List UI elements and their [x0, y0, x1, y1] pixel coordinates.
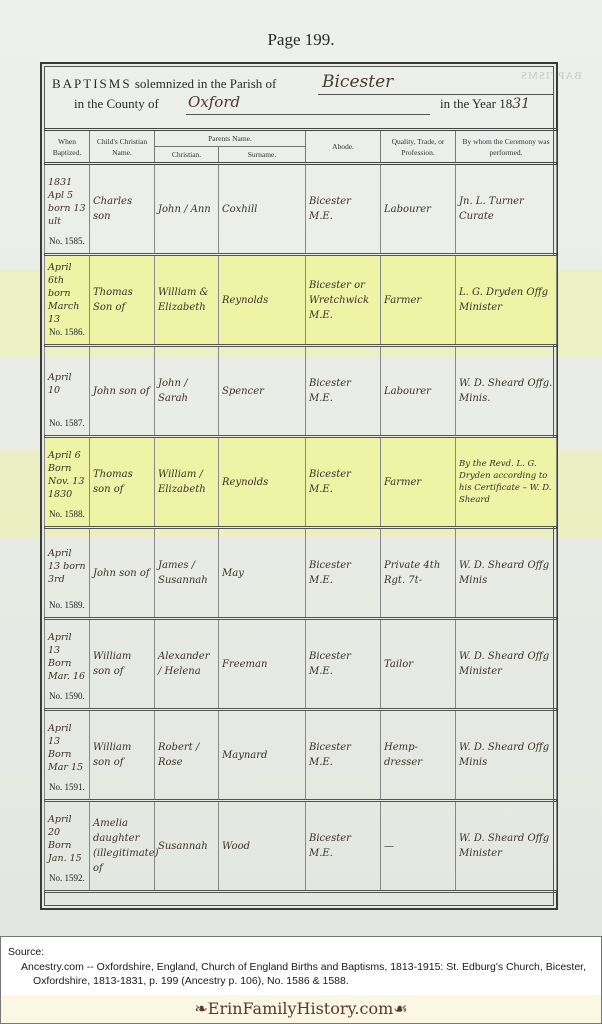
entry-row-1590: April 13 Born Mar. 16No. 1590. William s…: [45, 619, 557, 710]
entry-number: No. 1591.: [49, 780, 85, 795]
cell-quality: Tailor: [381, 619, 456, 710]
ornament-right-icon: ☙: [393, 999, 407, 1018]
cell-officiant: W. D. Sheard Offg Minister: [456, 801, 557, 892]
entry-row-1587: April 10No. 1587. John son of John / Sar…: [45, 346, 557, 437]
entry-number: No. 1585.: [49, 234, 85, 249]
entry-row-1585: 1831 Apl 5 born 13 ultNo. 1585. Charles …: [45, 164, 557, 255]
entry-number: No. 1589.: [49, 598, 85, 613]
cell-child: William son of: [90, 710, 155, 801]
cell-when: April 13 Born Mar 15No. 1591.: [45, 710, 90, 801]
col-header-parents: Parents Name.: [155, 130, 306, 147]
cell-abode: Bicester or Wretchwick M.E.: [306, 255, 381, 346]
cell-parents: Susannah: [155, 801, 219, 892]
register-title-caps: BAPTISMS: [52, 76, 132, 91]
source-label: Source:: [8, 946, 44, 958]
cell-quality: Private 4th Rgt. 7t-: [381, 528, 456, 619]
col-header-abode: Abode.: [306, 130, 381, 164]
cell-when: April 13 born 3rdNo. 1589.: [45, 528, 90, 619]
cell-parents: Alexander / Helena: [155, 619, 219, 710]
entry-row-1588: April 6 Born Nov. 13 1830No. 1588. Thoma…: [45, 437, 557, 528]
cell-surname: Coxhill: [219, 164, 306, 255]
col-header-parent-christian: Christian.: [155, 147, 219, 164]
cell-quality: Labourer: [381, 346, 456, 437]
register-title-line1: BAPTISMS solemnized in the Parish of: [52, 76, 276, 92]
source-line-1: Ancestry.com -- Oxfordshire, England, Ch…: [21, 961, 586, 973]
register-title-line2: in the County of: [74, 96, 159, 112]
entry-number: No. 1586.: [49, 325, 85, 340]
cell-child: Charles son: [90, 164, 155, 255]
cell-parents: James / Susannah: [155, 528, 219, 619]
register-page-scan: Page 199. BAPTISMS BAPTISMS solemnized i…: [0, 0, 602, 936]
cell-officiant: By the Revd. L. G. Dryden according to h…: [456, 437, 557, 528]
cell-quality: —: [381, 801, 456, 892]
cell-when: April 10No. 1587.: [45, 346, 90, 437]
cell-officiant: W. D. Sheard Offg Minis: [456, 710, 557, 801]
cell-officiant: Jn. L. Turner Curate: [456, 164, 557, 255]
col-header-child: Child's Christian Name.: [90, 130, 155, 164]
cell-child: Amelia daughter (illegitimate) of: [90, 801, 155, 892]
county-line: Oxford: [186, 96, 430, 115]
when-text: 1831 Apl 5 born 13 ult: [48, 176, 86, 242]
cell-parents: John / Sarah: [155, 346, 219, 437]
parish-line: Bicester: [318, 76, 554, 95]
cell-quality: Farmer: [381, 255, 456, 346]
entry-row-1591: April 13 Born Mar 15No. 1591. William so…: [45, 710, 557, 801]
cell-surname: Freeman: [219, 619, 306, 710]
entry-number: No. 1592.: [49, 871, 85, 886]
register-title-text: solemnized in the Parish of: [135, 76, 277, 91]
county-name: Oxford: [188, 93, 240, 111]
cell-child: Thomas Son of: [90, 255, 155, 346]
cell-surname: Maynard: [219, 710, 306, 801]
cell-officiant: W. D. Sheard Offg. Minis.: [456, 346, 557, 437]
cell-surname: Reynolds: [219, 255, 306, 346]
cell-surname: Wood: [219, 801, 306, 892]
cell-abode: Bicester M.E.: [306, 801, 381, 892]
when-text: April 13 Born Mar 15: [48, 722, 86, 788]
cell-when: April 6th born March 13No. 1586.: [45, 255, 90, 346]
cell-quality: Labourer: [381, 164, 456, 255]
when-text: April 10: [48, 371, 86, 411]
baptism-register-table: When Baptized. Child's Christian Name. P…: [44, 128, 557, 893]
cell-officiant: L. G. Dryden Offg Minister: [456, 255, 557, 346]
entry-number: No. 1587.: [49, 416, 85, 431]
cell-surname: May: [219, 528, 306, 619]
cell-abode: Bicester M.E.: [306, 528, 381, 619]
col-header-quality: Quality, Trade, or Profession.: [381, 130, 456, 164]
page-number: Page 199.: [0, 30, 602, 50]
cell-when: April 6 Born Nov. 13 1830No. 1588.: [45, 437, 90, 528]
when-text: April 13 Born Mar. 16: [48, 631, 86, 697]
col-header-officiant: By whom the Ceremony was performed.: [456, 130, 557, 164]
year-label: in the Year 1831: [440, 96, 530, 112]
when-text: April 13 born 3rd: [48, 547, 86, 600]
entry-number: No. 1588.: [49, 507, 85, 522]
cell-surname: Reynolds: [219, 437, 306, 528]
col-header-parent-surname: Surname.: [219, 147, 306, 164]
source-line-2: Oxfordshire, 1813-1831, p. 199 (Ancestry…: [33, 975, 349, 987]
cell-when: 1831 Apl 5 born 13 ultNo. 1585.: [45, 164, 90, 255]
site-brand-text[interactable]: ErinFamilyHistory.com: [208, 999, 394, 1018]
site-brand-footer[interactable]: ❧ErinFamilyHistory.com☙: [0, 995, 602, 1024]
source-citation-box: Source: Ancestry.com -- Oxfordshire, Eng…: [0, 936, 602, 996]
cell-parents: William & Elizabeth: [155, 255, 219, 346]
cell-child: Thomas son of: [90, 437, 155, 528]
cell-abode: Bicester M.E.: [306, 346, 381, 437]
cell-child: William son of: [90, 619, 155, 710]
col-header-when: When Baptized.: [45, 130, 90, 164]
parish-name: Bicester: [322, 72, 393, 92]
cell-quality: Hemp-dresser: [381, 710, 456, 801]
cell-parents: William / Elizabeth: [155, 437, 219, 528]
cell-abode: Bicester M.E.: [306, 619, 381, 710]
cell-abode: Bicester M.E.: [306, 164, 381, 255]
entry-number: No. 1590.: [49, 689, 85, 704]
cell-abode: Bicester M.E.: [306, 710, 381, 801]
cell-when: April 13 Born Mar. 16No. 1590.: [45, 619, 90, 710]
cell-child: John son of: [90, 528, 155, 619]
when-text: April 20 Born Jan. 15: [48, 813, 86, 879]
cell-parents: John / Ann: [155, 164, 219, 255]
cell-officiant: W. D. Sheard Offg Minis: [456, 528, 557, 619]
cell-officiant: W. D. Sheard Offg Minister: [456, 619, 557, 710]
cell-surname: Spencer: [219, 346, 306, 437]
year-prefix: in the Year 18: [440, 96, 512, 111]
cell-abode: Bicester M.E.: [306, 437, 381, 528]
entry-row-1589: April 13 born 3rdNo. 1589. John son of J…: [45, 528, 557, 619]
cell-quality: Farmer: [381, 437, 456, 528]
when-text: April 6 Born Nov. 13 1830: [48, 449, 86, 515]
year-suffix: 31: [512, 96, 530, 112]
cell-child: John son of: [90, 346, 155, 437]
ornament-left-icon: ❧: [194, 999, 207, 1018]
cell-when: April 20 Born Jan. 15No. 1592.: [45, 801, 90, 892]
entry-row-1586: April 6th born March 13No. 1586. Thomas …: [45, 255, 557, 346]
cell-parents: Robert / Rose: [155, 710, 219, 801]
entry-row-1592: April 20 Born Jan. 15No. 1592. Amelia da…: [45, 801, 557, 892]
